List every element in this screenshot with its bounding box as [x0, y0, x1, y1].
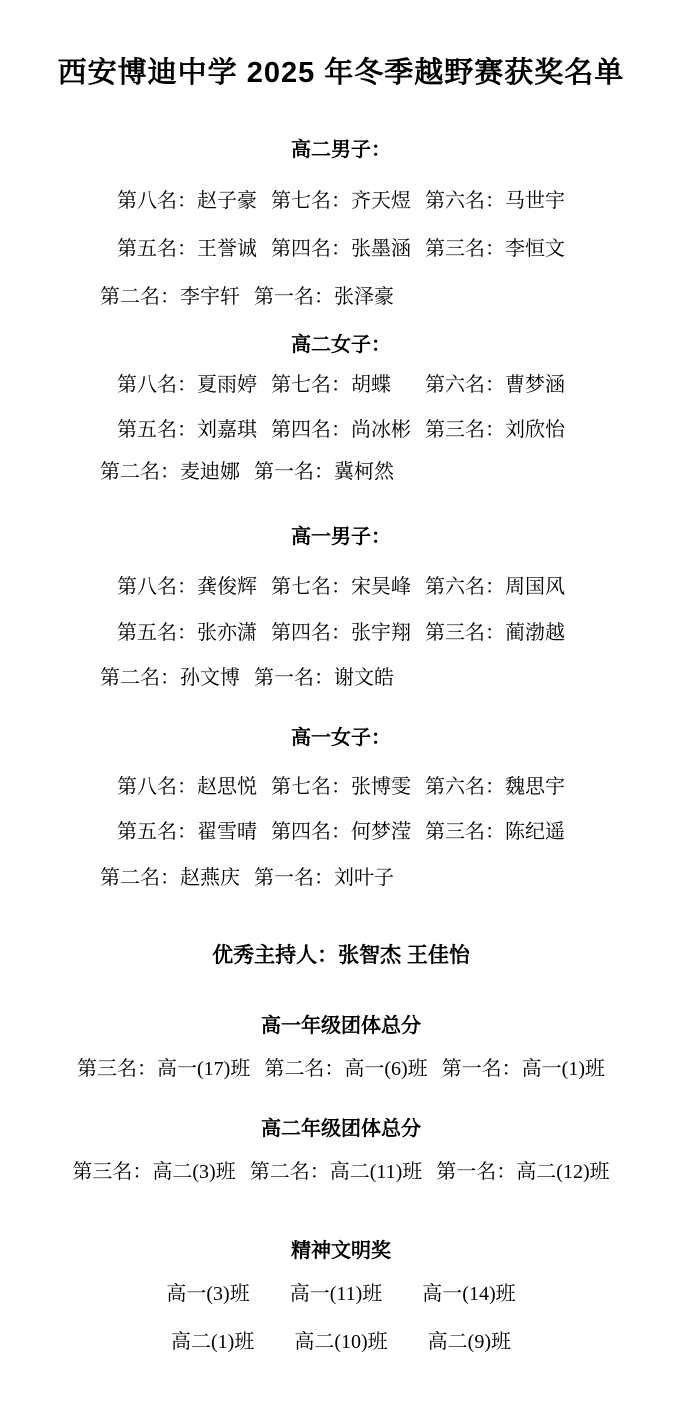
- team-rank-entry: 第一名：高二(12)班: [436, 1161, 609, 1184]
- spirit-award-row: 高二(1)班 高二(10)班 高二(9)班: [0, 1331, 682, 1354]
- team-rank-entry: 第二名：高一(6)班: [264, 1058, 427, 1081]
- team-rank-entry: 第一名：高一(1)班: [442, 1058, 605, 1081]
- spirit-class-entry: 高一(3)班: [166, 1283, 249, 1306]
- team-total-heading: 高二年级团体总分: [0, 1118, 682, 1141]
- rank-entry: 第二名：赵燕庆: [100, 867, 240, 890]
- rank-entry: 第八名：赵子豪: [117, 190, 257, 213]
- rank-entry: 第二名：麦迪娜: [100, 461, 240, 484]
- rank-entry: 第三名：陈纪遥: [425, 821, 565, 844]
- rank-entry: 第五名：刘嘉琪: [117, 419, 257, 442]
- section-heading: 高一女子：: [0, 727, 682, 750]
- section-spirit-award: 精神文明奖 高一(3)班 高一(11)班 高一(14)班 高二(1)班 高二(1…: [0, 1240, 682, 1354]
- section-grade1-team-total: 高一年级团体总分 第三名：高一(17)班 第二名：高一(6)班 第一名：高一(1…: [0, 1015, 682, 1081]
- rank-entry: 第四名：张宇翔: [271, 622, 411, 645]
- rank-entry: 第七名：宋昊峰: [271, 576, 411, 599]
- rank-row: 第二名：孙文博 第一名：谢文皓: [0, 667, 682, 690]
- spirit-award-heading: 精神文明奖: [0, 1240, 682, 1263]
- rank-entry: 第六名：周国风: [425, 576, 565, 599]
- team-total-row: 第三名：高二(3)班 第二名：高二(11)班 第一名：高二(12)班: [0, 1161, 682, 1184]
- team-rank-entry: 第三名：高二(3)班: [72, 1161, 235, 1184]
- team-total-row: 第三名：高一(17)班 第二名：高一(6)班 第一名：高一(1)班: [0, 1058, 682, 1081]
- rank-entry: 第七名：齐天煜: [271, 190, 411, 213]
- rank-entry: 第五名：张亦潇: [117, 622, 257, 645]
- rank-row: 第八名：夏雨婷 第七名：胡蝶 第六名：曹梦涵: [0, 374, 682, 397]
- section-grade2-team-total: 高二年级团体总分 第三名：高二(3)班 第二名：高二(11)班 第一名：高二(1…: [0, 1118, 682, 1184]
- rank-row: 第八名：赵子豪 第七名：齐天煜 第六名：马世宇: [0, 190, 682, 213]
- rank-entry: 第一名：刘叶子: [254, 867, 394, 890]
- spirit-class-entry: 高一(11)班: [290, 1283, 383, 1306]
- rank-entry: 第六名：魏思宇: [425, 776, 565, 799]
- rank-entry: 第一名：冀柯然: [254, 461, 394, 484]
- rank-row: 第二名：李宇轩 第一名：张泽豪: [0, 286, 682, 309]
- rank-row: 第二名：麦迪娜 第一名：冀柯然: [0, 461, 682, 484]
- rank-entry: 第三名：李恒文: [425, 238, 565, 261]
- hosts-line: 优秀主持人：张智杰 王佳怡: [0, 944, 682, 968]
- section-grade2-girls: 高二女子： 第八名：夏雨婷 第七名：胡蝶 第六名：曹梦涵 第五名：刘嘉琪 第四名…: [0, 334, 682, 484]
- rank-entry: 第六名：马世宇: [425, 190, 565, 213]
- rank-entry: 第三名：蔺渤越: [425, 622, 565, 645]
- team-rank-entry: 第二名：高二(11)班: [250, 1161, 423, 1184]
- team-total-heading: 高一年级团体总分: [0, 1015, 682, 1038]
- rank-entry: 第四名：何梦滢: [271, 821, 411, 844]
- spirit-class-entry: 高二(1)班: [171, 1331, 254, 1354]
- rank-entry: 第五名：王誉诚: [117, 238, 257, 261]
- rank-row: 第五名：翟雪晴 第四名：何梦滢 第三名：陈纪遥: [0, 821, 682, 844]
- spirit-class-entry: 高一(14)班: [422, 1283, 515, 1306]
- rank-row: 第五名：刘嘉琪 第四名：尚冰彬 第三名：刘欣怡: [0, 419, 682, 442]
- rank-entry: 第六名：曹梦涵: [425, 374, 565, 397]
- document-title: 西安博迪中学 2025 年冬季越野赛获奖名单: [0, 56, 682, 91]
- section-grade1-girls: 高一女子： 第八名：赵思悦 第七名：张博雯 第六名：魏思宇 第五名：翟雪晴 第四…: [0, 727, 682, 890]
- spirit-class-entry: 高二(9)班: [428, 1331, 511, 1354]
- team-rank-entry: 第三名：高一(17)班: [77, 1058, 250, 1081]
- rank-row: 第八名：龚俊辉 第七名：宋昊峰 第六名：周国风: [0, 576, 682, 599]
- rank-entry: 第一名：张泽豪: [254, 286, 394, 309]
- rank-entry: 第八名：赵思悦: [117, 776, 257, 799]
- section-grade1-boys: 高一男子： 第八名：龚俊辉 第七名：宋昊峰 第六名：周国风 第五名：张亦潇 第四…: [0, 526, 682, 690]
- rank-entry: 第四名：尚冰彬: [271, 419, 411, 442]
- section-heading: 高一男子：: [0, 526, 682, 549]
- rank-entry: 第二名：李宇轩: [100, 286, 240, 309]
- spirit-award-row: 高一(3)班 高一(11)班 高一(14)班: [0, 1283, 682, 1306]
- rank-entry: 第一名：谢文皓: [254, 667, 394, 690]
- rank-entry: 第五名：翟雪晴: [117, 821, 257, 844]
- rank-entry: 第二名：孙文博: [100, 667, 240, 690]
- rank-entry: 第七名：张博雯: [271, 776, 411, 799]
- section-heading: 高二女子：: [0, 334, 682, 357]
- spirit-class-entry: 高二(10)班: [294, 1331, 387, 1354]
- rank-entry: 第八名：夏雨婷: [117, 374, 257, 397]
- section-grade2-boys: 高二男子： 第八名：赵子豪 第七名：齐天煜 第六名：马世宇 第五名：王誉诚 第四…: [0, 139, 682, 309]
- rank-row: 第五名：王誉诚 第四名：张墨涵 第三名：李恒文: [0, 238, 682, 261]
- rank-entry: 第七名：胡蝶: [271, 374, 411, 397]
- rank-entry: 第三名：刘欣怡: [425, 419, 565, 442]
- rank-row: 第五名：张亦潇 第四名：张宇翔 第三名：蔺渤越: [0, 622, 682, 645]
- section-heading: 高二男子：: [0, 139, 682, 162]
- rank-entry: 第八名：龚俊辉: [117, 576, 257, 599]
- rank-entry: 第四名：张墨涵: [271, 238, 411, 261]
- rank-row: 第二名：赵燕庆 第一名：刘叶子: [0, 867, 682, 890]
- document-page: 西安博迪中学 2025 年冬季越野赛获奖名单 高二男子： 第八名：赵子豪 第七名…: [0, 0, 682, 1419]
- rank-row: 第八名：赵思悦 第七名：张博雯 第六名：魏思宇: [0, 776, 682, 799]
